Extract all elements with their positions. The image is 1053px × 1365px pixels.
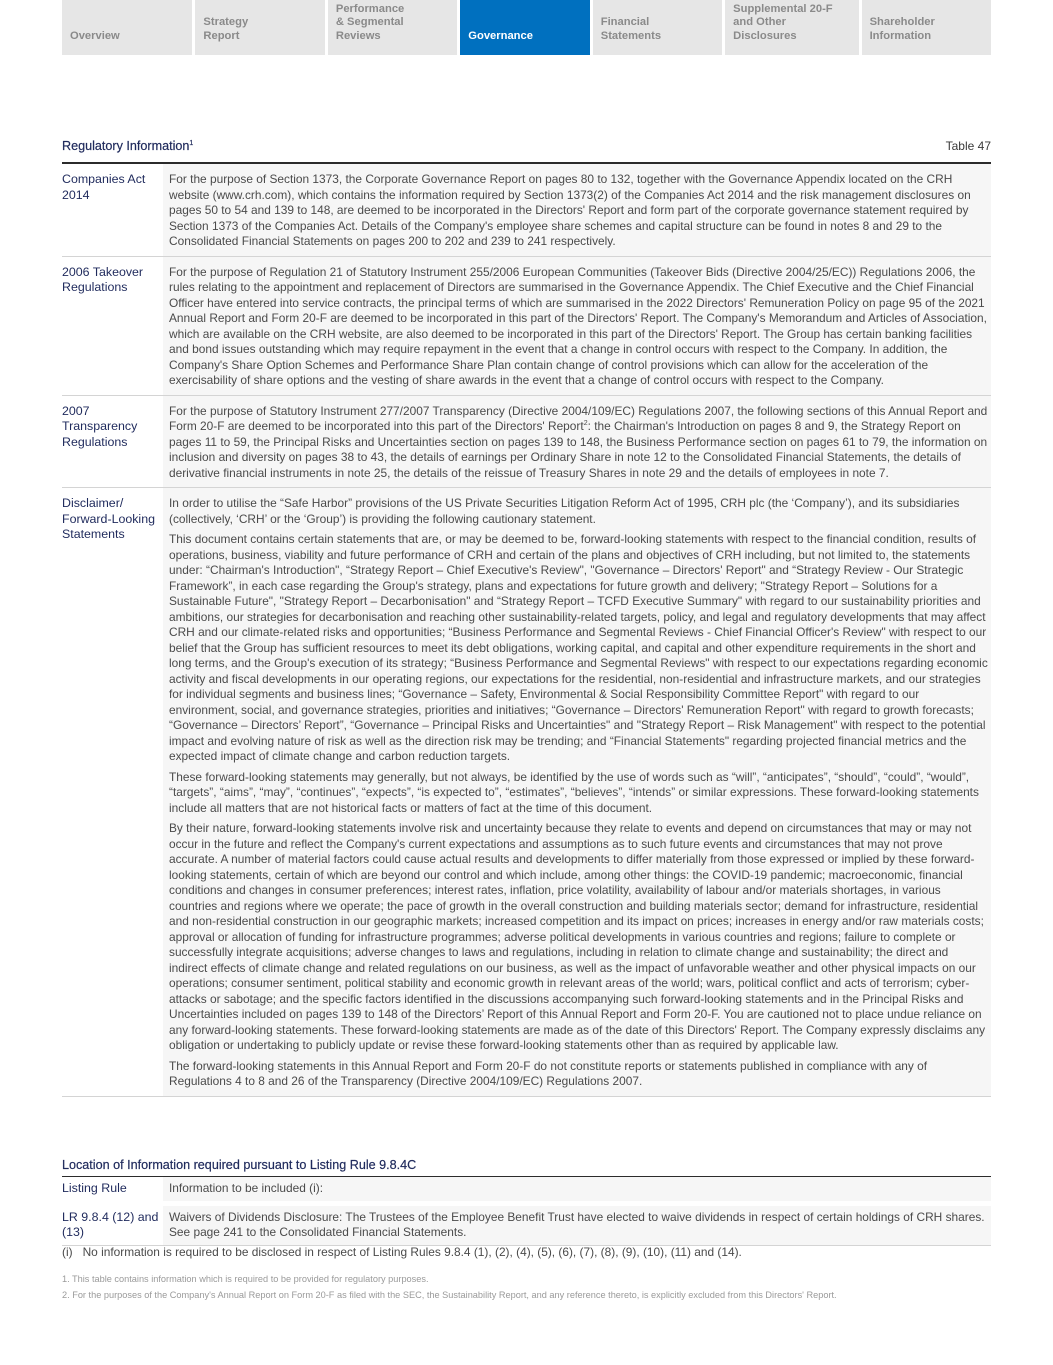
paragraph: For the purpose of Regulation 21 of Stat… [169,265,989,389]
row-body: In order to utilise the “Safe Harbor” pr… [163,488,991,1096]
table-row: Companies Act 2014 For the purpose of Se… [62,164,991,257]
table-header-row: Listing Rule Information to be included … [62,1176,991,1201]
tab-label: Supplemental 20-F and Other Disclosures [733,3,850,44]
tab-governance[interactable]: Governance [460,0,589,55]
paragraph: For the purpose of Statutory Instrument … [169,404,989,482]
row-label: 2006 Takeover Regulations [62,257,163,395]
listing-table: Listing Rule Information to be included … [62,1176,991,1246]
paragraph: This document contains certain statement… [169,532,989,765]
table-row: 2006 Takeover Regulations For the purpos… [62,257,991,396]
paragraph: By their nature, forward-looking stateme… [169,821,989,1054]
tab-label: Financial Statements [601,16,661,43]
tab-label: Overview [70,30,120,44]
row-body: For the purpose of Regulation 21 of Stat… [163,257,991,395]
table-row: LR 9.8.4 (12) and (13) Waivers of Divide… [62,1206,991,1246]
tab-label: Governance [468,30,533,44]
row-label: Companies Act 2014 [62,164,163,256]
tab-label: Business Performance & Segmental Reviews [336,0,449,43]
row-label: LR 9.8.4 (12) and (13) [62,1206,163,1245]
section-title: Regulatory Information1 [62,139,193,153]
paragraph: For the purpose of Section 1373, the Cor… [169,172,989,250]
regulatory-header: Regulatory Information1 Table 47 [62,139,991,153]
row-label: Disclaimer/ Forward-Looking Statements [62,488,163,1096]
tab-business-performance[interactable]: Business Performance & Segmental Reviews [328,0,457,55]
column-header: Information to be included (i): [163,1177,991,1201]
note-text: No information is required to be disclos… [83,1245,742,1259]
tab-shareholder-information[interactable]: Shareholder Information [862,0,991,55]
paragraph: These forward-looking statements may gen… [169,770,989,817]
row-body: For the purpose of Section 1373, the Cor… [163,164,991,256]
row-label: 2007 Transparency Regulations [62,396,163,488]
tab-supplemental-20f[interactable]: Supplemental 20-F and Other Disclosures [725,0,858,55]
footnote: 2. For the purposes of the Company's Ann… [62,1287,991,1303]
column-header: Listing Rule [62,1177,163,1201]
tab-label: Shareholder Information [870,16,935,43]
table-note: (i) No information is required to be dis… [62,1245,991,1259]
listing-header: Location of Information required pursuan… [62,1158,991,1172]
section-nav: Overview Strategy Report Business Perfor… [62,0,991,55]
table-row: Disclaimer/ Forward-Looking Statements I… [62,488,991,1097]
table-row: 2007 Transparency Regulations For the pu… [62,396,991,489]
table-number: Table 47 [946,139,991,153]
paragraph: In order to utilise the “Safe Harbor” pr… [169,496,989,527]
tab-overview[interactable]: Overview [62,0,192,55]
footnote: 1. This table contains information which… [62,1271,991,1287]
footnote-ref: 1 [189,140,193,147]
row-body: For the purpose of Statutory Instrument … [163,396,991,488]
note-marker: (i) [62,1245,73,1259]
tab-label: Strategy Report [203,16,248,43]
tab-financial-statements[interactable]: Financial Statements [593,0,722,55]
tab-strategy-report[interactable]: Strategy Report [195,0,324,55]
section-title: Location of Information required pursuan… [62,1158,416,1172]
regulatory-table: Companies Act 2014 For the purpose of Se… [62,164,991,1097]
paragraph: The forward-looking statements in this A… [169,1059,989,1090]
row-body: Waivers of Dividends Disclosure: The Tru… [163,1206,991,1245]
section-title-text: Regulatory Information [62,139,189,153]
footnotes: 1. This table contains information which… [62,1271,991,1303]
